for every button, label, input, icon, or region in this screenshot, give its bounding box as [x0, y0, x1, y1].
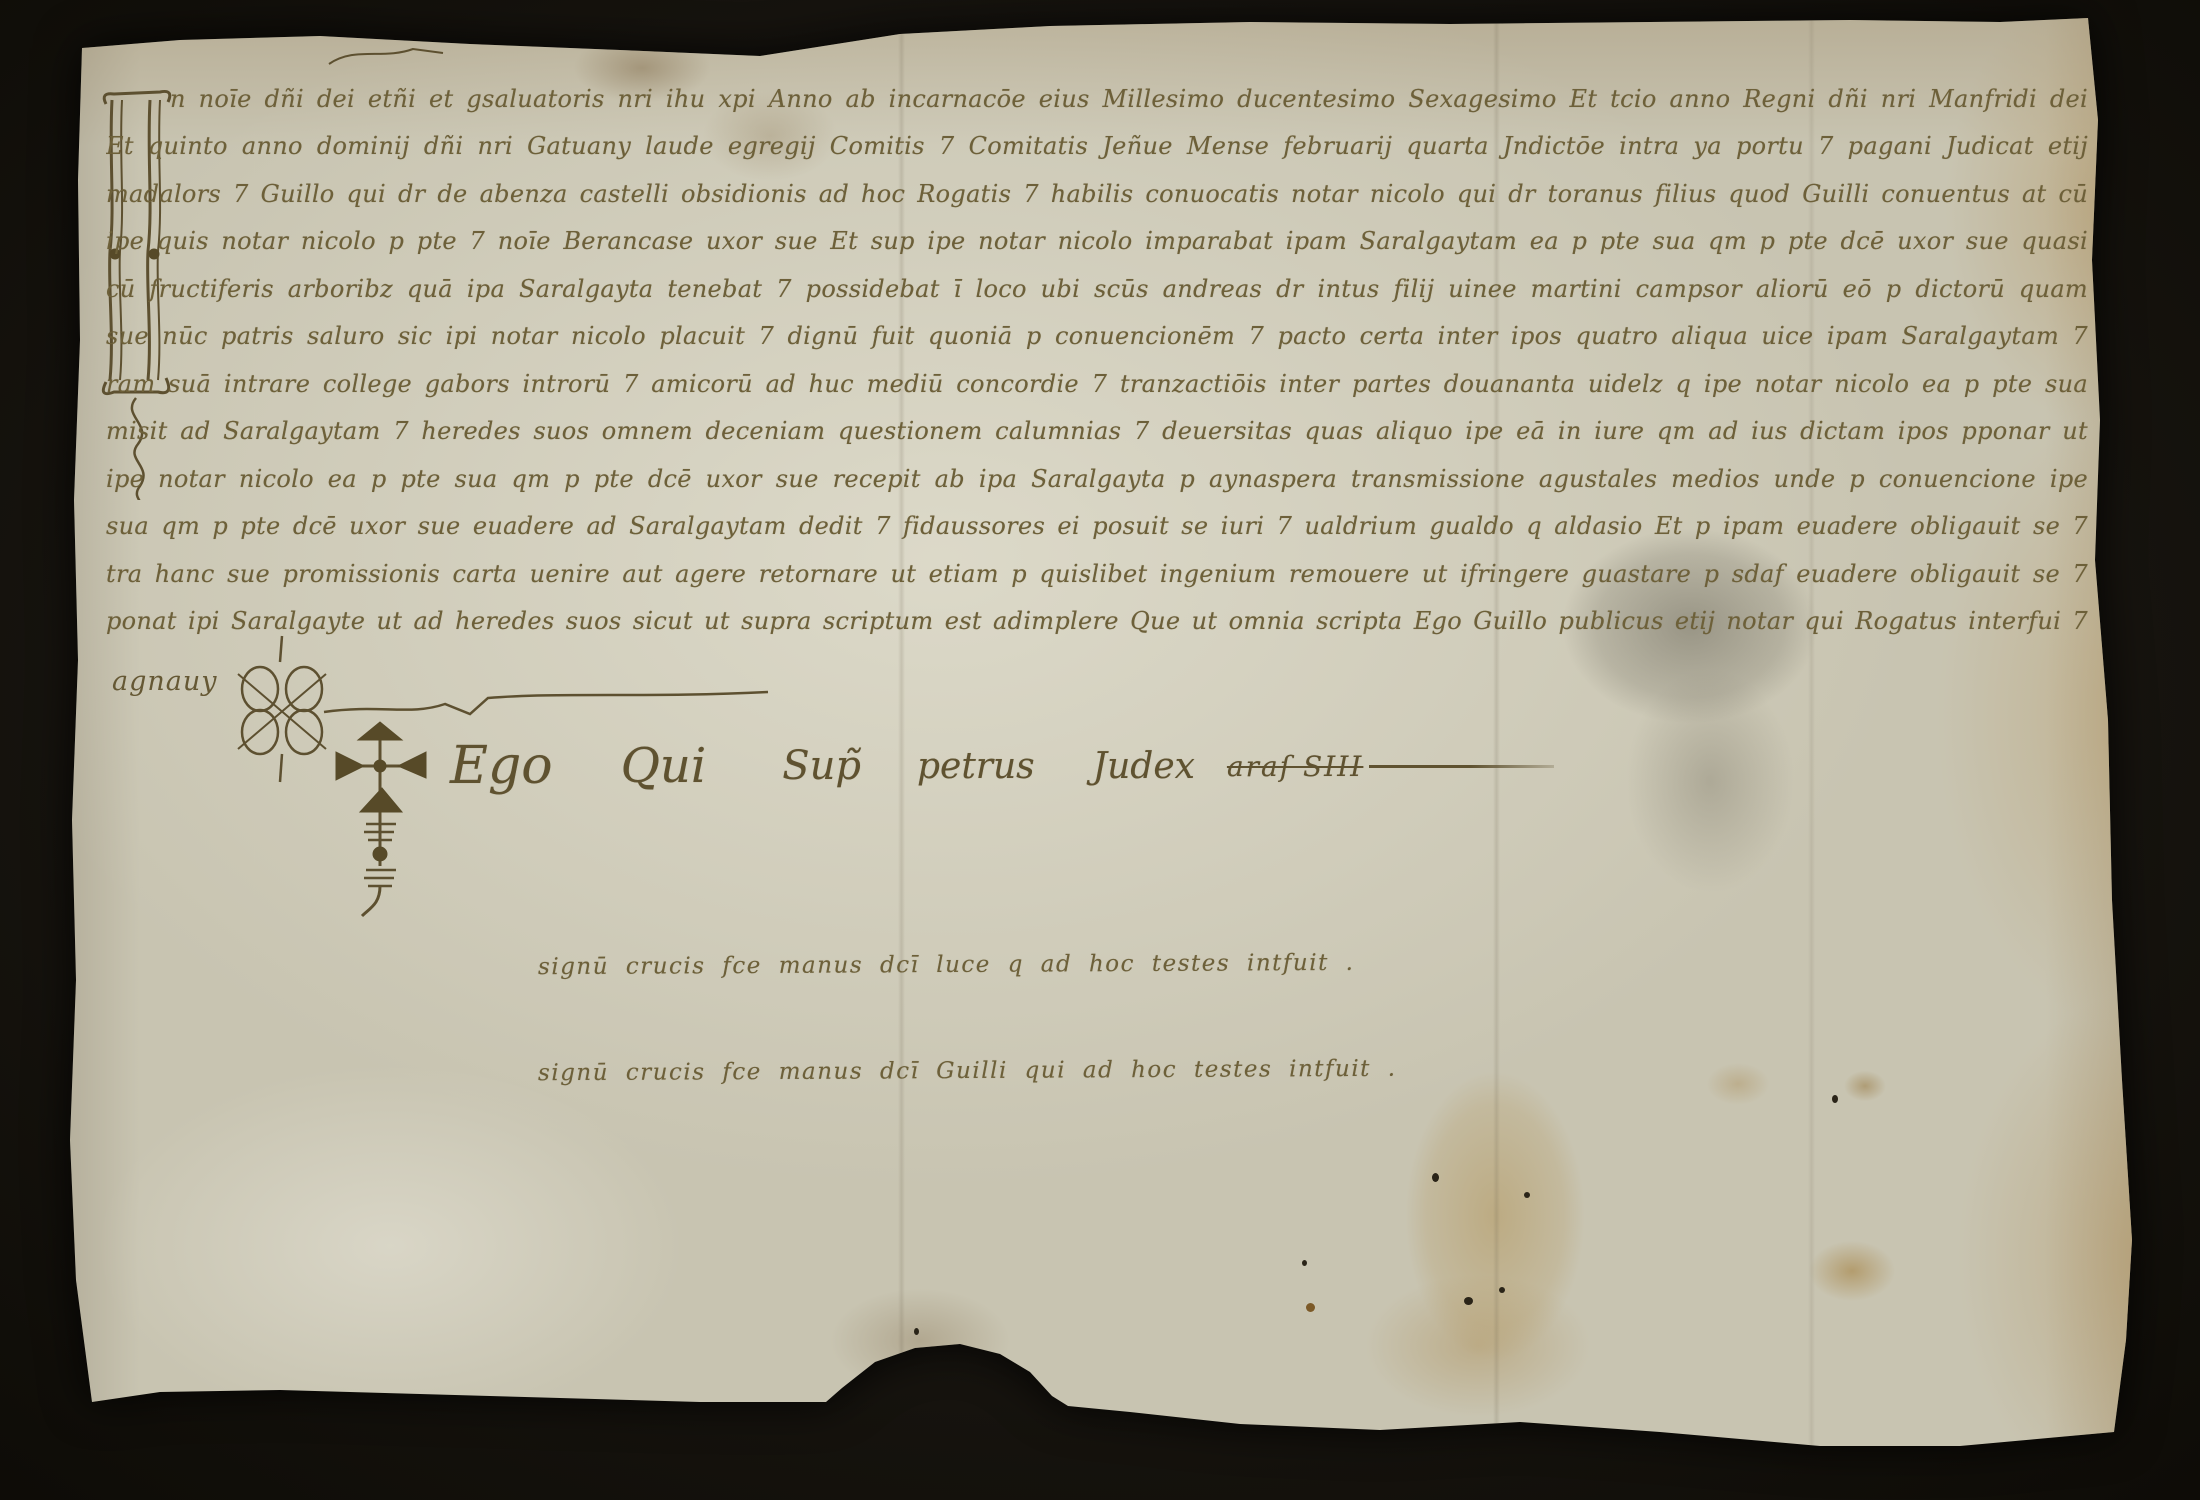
- flyspeck: [1832, 1095, 1838, 1103]
- body-line: Et quinto anno dominij dñi nri Gatuany l…: [106, 131, 2088, 163]
- judge-cross-icon: [328, 716, 436, 924]
- flyspeck: [1302, 1260, 1307, 1266]
- body-line: tra hanc sue promissionis carta uenire a…: [106, 559, 2088, 591]
- judge-word-supra: Sup̃: [782, 743, 861, 789]
- struck-text: araſ SIII: [1227, 750, 1363, 783]
- notary-signature-word: agnauy: [112, 666, 218, 697]
- body-line: misit ad Saralgaytam 7 heredes suos omne…: [106, 416, 2088, 448]
- body-line: madalors 7 Guillo qui dr de abenza caste…: [106, 179, 2088, 211]
- judge-word-qui: Qui: [621, 738, 707, 794]
- witness-line-1: signū crucis fce manus dcī luce q ad hoc…: [538, 950, 1355, 980]
- body-line: ram suā intrare college gabors introrū 7…: [106, 369, 2088, 401]
- flyspeck: [1524, 1192, 1530, 1198]
- parchment-wrap: n noīe dñi dei etñi et gsaluatoris nri i…: [0, 0, 2200, 1500]
- parchment-charter: n noīe dñi dei etñi et gsaluatoris nri i…: [70, 16, 2140, 1448]
- flyspeck: [1464, 1297, 1473, 1305]
- judge-subscription: Ego Qui Sup̃ petrus Judex araſ SIII: [450, 728, 1554, 804]
- flyspeck: [1432, 1173, 1439, 1182]
- body-line: cū fructiferis arboribz quā ipa Saralgay…: [106, 274, 2088, 306]
- flyspeck: [914, 1328, 919, 1335]
- witness-line-2: signū crucis fce manus dcī Guilli qui ad…: [538, 1056, 1397, 1086]
- body-line: ipe quis notar nicolo p pte 7 noīe Beran…: [106, 226, 2088, 258]
- judge-word-petrus: petrus: [917, 746, 1035, 787]
- flyspeck: [1499, 1287, 1505, 1293]
- scribble-flourish: [325, 42, 455, 72]
- body-line: ipe notar nicolo ea p pte sua qm p pte d…: [106, 464, 2088, 496]
- body-line: n noīe dñi dei etñi et gsaluatoris nri i…: [170, 84, 2088, 116]
- body-line: sue nūc patris saluro sic ipi notar nico…: [106, 321, 2088, 353]
- flourish-line: [1369, 765, 1554, 768]
- judge-word-ego: Ego: [450, 736, 553, 796]
- judge-word-judex: Judex: [1093, 746, 1195, 787]
- flyspeck: [1306, 1303, 1315, 1312]
- body-line: sua qm p pte dcē uxor sue euadere ad Sar…: [106, 511, 2088, 543]
- photograph-background: n noīe dñi dei etñi et gsaluatoris nri i…: [0, 0, 2200, 1500]
